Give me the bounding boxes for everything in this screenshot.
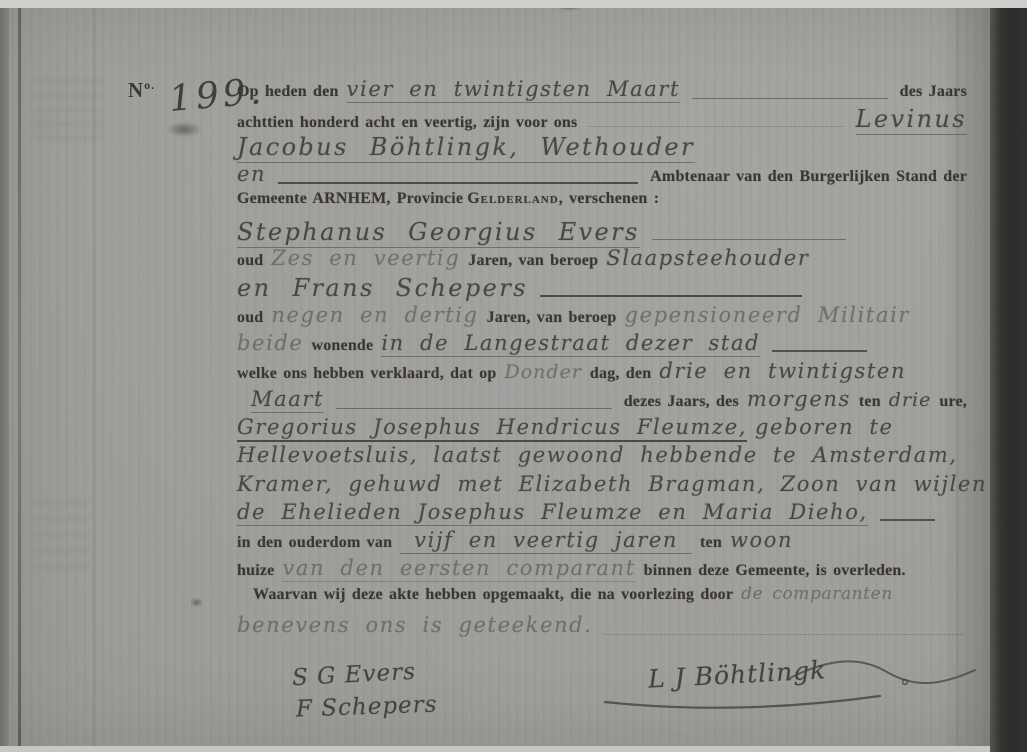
handwritten-declarant-name: Stephanus Georgius Evers (237, 218, 640, 248)
handwritten-parents-info: de Ehelieden Josephus Fleumze en Maria D… (237, 500, 868, 526)
printed-text: wonende (311, 337, 373, 355)
ink-bleedthrough (34, 80, 104, 140)
blank-rule (604, 633, 963, 635)
handwritten-official-name: Levinus (856, 105, 967, 135)
printed-province: Gelderland (467, 190, 559, 208)
handwritten-hour: drie (889, 389, 932, 411)
handwritten-occupation: gepensioneerd Militair (625, 303, 911, 327)
blank-rule (772, 349, 867, 352)
printed-text: achttien honderd acht en veertig, zijn v… (237, 114, 577, 132)
book-gutter (990, 5, 1027, 752)
ink-smudge (166, 122, 202, 137)
printed-text: Waarvan wij deze akte hebben opgemaakt, … (253, 586, 733, 604)
act-line: oud Zes en veertig Jaren, van beroep Sla… (237, 246, 967, 274)
page-left-rule (18, 6, 21, 752)
act-line: Maart dezes Jaars, des morgens ten drie … (237, 387, 967, 415)
ink-bleedthrough (30, 500, 90, 570)
signature-witness-1: S G Evers (291, 659, 416, 691)
act-line: en Ambtenaar van den Burgerlijken Stand … (237, 162, 967, 190)
scan-bottom-margin (0, 746, 990, 752)
handwritten-text: woon (730, 528, 793, 552)
printed-text: oud (237, 309, 263, 327)
blank-rule (336, 407, 612, 409)
act-number-label: No. (128, 78, 155, 103)
signature-flourish (575, 640, 995, 720)
handwritten-date: vier en twintigsten Maart (347, 77, 680, 103)
page-left-edge (0, 6, 9, 752)
handwritten-birthplace: Hellevoetsluis, laatst gewoond hebbende … (237, 443, 958, 467)
act-line: huize van den eersten comparant binnen d… (237, 556, 967, 584)
act-line: en Frans Schepers (237, 274, 806, 302)
printed-text: dezes Jaars, des (624, 393, 739, 411)
handwritten-occupation: Slaapsteehouder (606, 246, 809, 270)
printed-text: Jaren, van beroep (468, 252, 598, 270)
handwritten-date: drie en twintigsten (659, 359, 906, 383)
act-line: beide wonende in de Langestraat dezer st… (237, 331, 967, 359)
handwritten-death-location: van den eersten comparant (282, 556, 635, 582)
handwritten-declarant-name: en Frans Schepers (237, 274, 528, 302)
handwritten-text: en (237, 162, 266, 186)
blank-rule (880, 518, 935, 521)
handwritten-text: benevens ons is geteekend. (237, 613, 592, 637)
act-line: Gemeente ARNHEM, Provincie Gelderland , … (237, 190, 967, 218)
handwritten-age-at-death: vijf en veertig jaren (400, 528, 692, 554)
signature-witness-2: F Schepers (296, 692, 438, 723)
act-line: Op heden den vier en twintigsten Maart d… (237, 77, 967, 105)
act-line: Jacobus Böhtlingk, Wethouder (237, 133, 967, 161)
printed-text: oud (237, 252, 263, 270)
act-line: oud negen en dertig Jaren, van beroep ge… (237, 303, 967, 331)
blank-rule (540, 294, 803, 297)
act-line: benevens ons is geteekend. (237, 613, 967, 641)
act-line: in den ouderdom van vijf en veertig jare… (237, 528, 967, 556)
handwritten-official-name: Jacobus Böhtlingk, Wethouder (237, 133, 695, 163)
printed-text: dag, den (590, 365, 651, 383)
act-body: Op heden den vier en twintigsten Maart d… (237, 77, 967, 641)
scan-top-margin (0, 0, 1027, 8)
printed-text: ure, (939, 393, 967, 411)
blank-rule (589, 125, 843, 127)
blank-rule (652, 238, 847, 240)
printed-text: ten (700, 534, 722, 552)
act-line: achttien honderd acht en veertig, zijn v… (237, 105, 967, 133)
printed-text: Ambtenaar van den Burgerlijken Stand der (650, 168, 967, 186)
printed-text: Op heden den (237, 83, 339, 101)
handwritten-text: geboren te (755, 415, 894, 439)
handwritten-address: in de Langestraat dezer stad (381, 331, 760, 357)
handwritten-day: Donder (505, 361, 582, 383)
act-line: Gregorius Josephus Hendricus Fleumze, ge… (237, 415, 967, 443)
act-line: Waarvan wij deze akte hebben opgemaakt, … (237, 584, 967, 612)
act-line: de Ehelieden Josephus Fleumze en Maria D… (237, 500, 967, 528)
printed-text: Jaren, van beroep (487, 309, 617, 327)
handwritten-daypart: morgens (747, 387, 851, 411)
act-line: Stephanus Georgius Evers (237, 218, 850, 246)
printed-text: in den ouderdom van (237, 534, 392, 552)
printed-text: Gemeente ARNHEM, Provincie (237, 190, 463, 208)
handwritten-age: Zes en veertig (271, 246, 460, 270)
handwritten-spouse-info: Kramer, gehuwd met Elizabeth Bragman, Zo… (237, 472, 987, 496)
scanned-death-record-page: No. 199. Op heden den vier en twintigste… (0, 0, 1027, 752)
printed-text: , verschenen : (559, 190, 660, 208)
handwritten-month: Maart (251, 387, 324, 413)
handwritten-age: negen en dertig (271, 303, 478, 327)
act-line: Hellevoetsluis, laatst gewoond hebbende … (237, 443, 967, 471)
printed-text: des Jaars (900, 83, 967, 101)
printed-text: ten (859, 393, 881, 411)
blank-rule (692, 97, 888, 99)
printed-text: welke ons hebben verklaard, dat op (237, 365, 497, 383)
handwritten-text: de comparanten (741, 584, 893, 604)
ink-speck (190, 598, 203, 607)
act-line: Kramer, gehuwd met Elizabeth Bragman, Zo… (237, 472, 967, 500)
handwritten-deceased-name: Gregorius Josephus Hendricus Fleumze, (237, 415, 747, 442)
act-line: welke ons hebben verklaard, dat op Donde… (237, 359, 967, 387)
printed-text: binnen deze Gemeente, is overleden. (644, 562, 906, 580)
printed-text: huize (237, 562, 274, 580)
blank-rule (278, 181, 638, 184)
handwritten-text: beide (237, 331, 303, 355)
